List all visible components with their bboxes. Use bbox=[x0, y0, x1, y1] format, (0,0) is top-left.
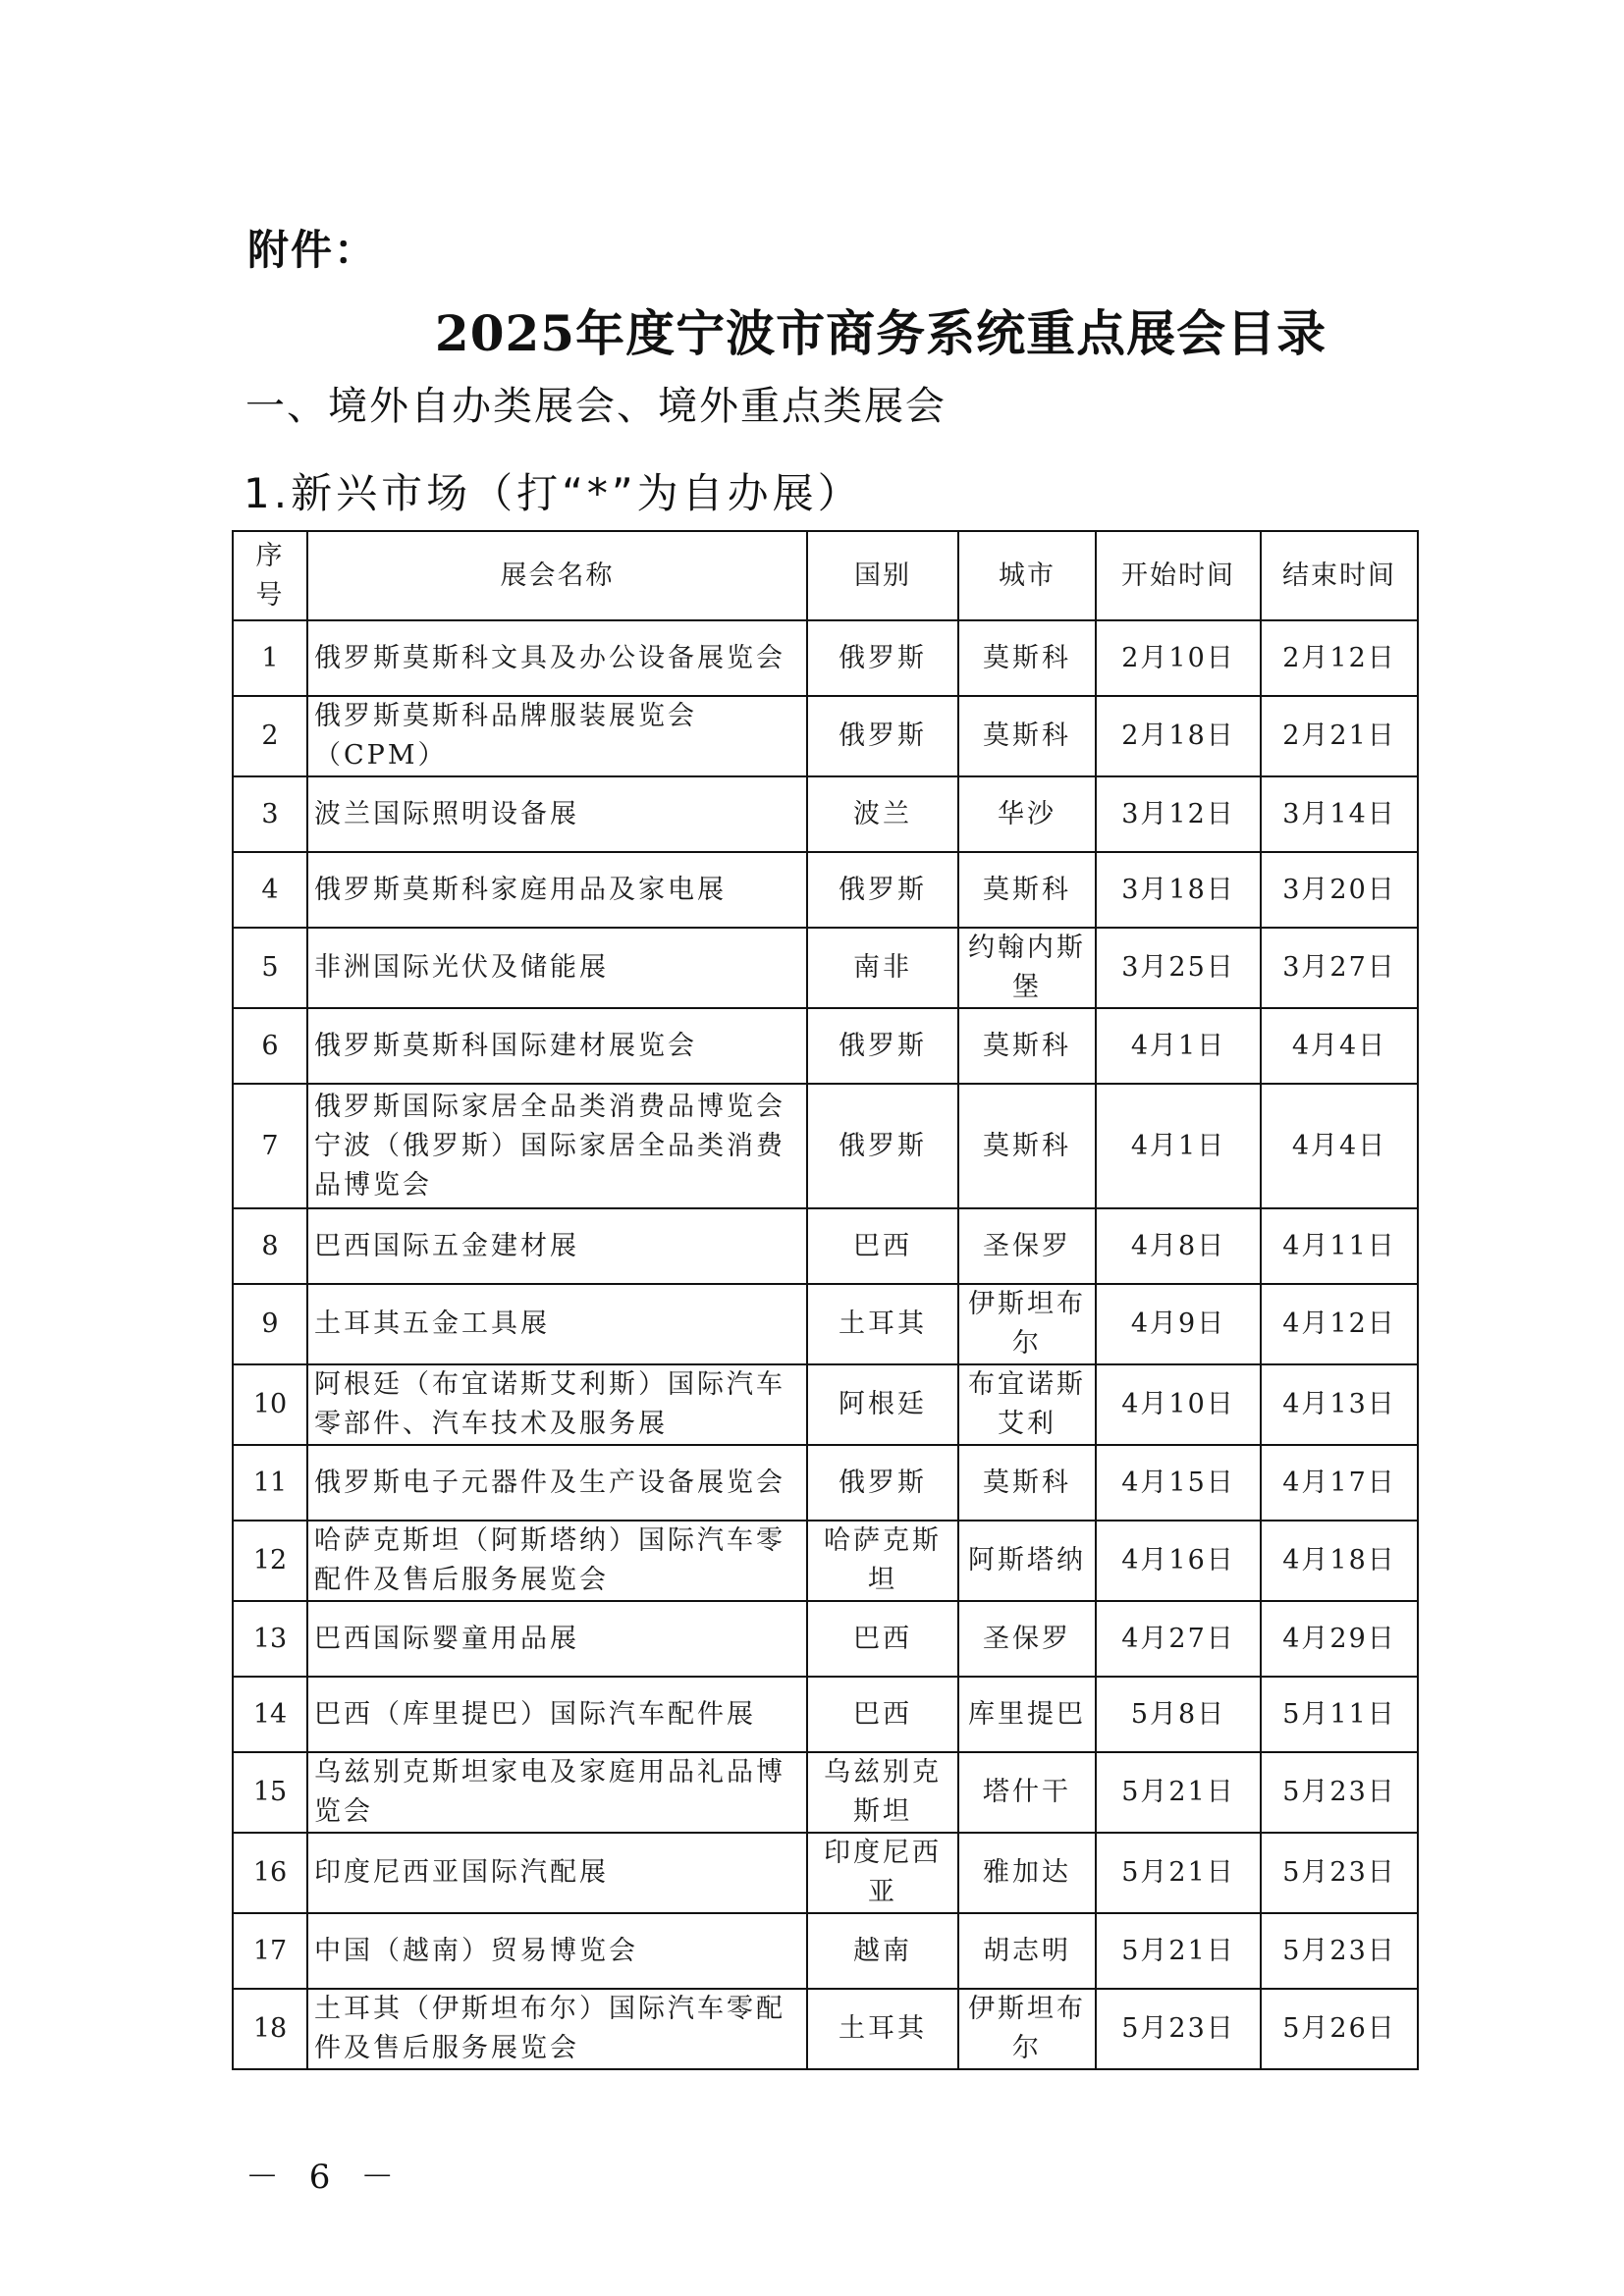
row-name: 非洲国际光伏及储能展 bbox=[307, 928, 807, 1008]
row-start: 3月18日 bbox=[1096, 852, 1261, 928]
row-name: 乌兹别克斯坦家电及家庭用品礼品博览会 bbox=[307, 1752, 807, 1833]
row-name: 哈萨克斯坦（阿斯塔纳）国际汽车零配件及售后服务展览会 bbox=[307, 1521, 807, 1601]
document-title: 2025年度宁波市商务系统重点展会目录 bbox=[0, 294, 1624, 365]
row-start: 4月9日 bbox=[1096, 1284, 1261, 1364]
table-row: 3波兰国际照明设备展波兰华沙3月12日3月14日 bbox=[233, 776, 1418, 852]
table-row: 9土耳其五金工具展土耳其伊斯坦布尔4月9日4月12日 bbox=[233, 1284, 1418, 1364]
row-end: 4月11日 bbox=[1261, 1208, 1418, 1284]
row-start: 3月25日 bbox=[1096, 928, 1261, 1008]
row-end: 3月20日 bbox=[1261, 852, 1418, 928]
row-no: 18 bbox=[233, 1989, 307, 2069]
row-country: 巴西 bbox=[807, 1208, 958, 1284]
row-no: 6 bbox=[233, 1008, 307, 1084]
row-city: 布宜诺斯艾利 bbox=[958, 1364, 1096, 1445]
row-end: 3月27日 bbox=[1261, 928, 1418, 1008]
table-row: 17中国（越南）贸易博览会越南胡志明5月21日5月23日 bbox=[233, 1913, 1418, 1989]
row-city: 塔什干 bbox=[958, 1752, 1096, 1833]
subsection-heading: 1.新兴市场（打“*”为自办展） bbox=[244, 461, 863, 520]
row-start: 4月1日 bbox=[1096, 1084, 1261, 1208]
row-end: 5月11日 bbox=[1261, 1677, 1418, 1752]
row-no: 11 bbox=[233, 1445, 307, 1521]
header-start: 开始时间 bbox=[1096, 531, 1261, 620]
row-country: 俄罗斯 bbox=[807, 1445, 958, 1521]
row-end: 4月4日 bbox=[1261, 1084, 1418, 1208]
row-start: 4月27日 bbox=[1096, 1601, 1261, 1677]
row-no: 1 bbox=[233, 620, 307, 696]
row-name: 印度尼西亚国际汽配展 bbox=[307, 1833, 807, 1913]
row-start: 4月8日 bbox=[1096, 1208, 1261, 1284]
row-city: 莫斯科 bbox=[958, 1008, 1096, 1084]
row-name: 阿根廷（布宜诺斯艾利斯）国际汽车零部件、汽车技术及服务展 bbox=[307, 1364, 807, 1445]
row-no: 9 bbox=[233, 1284, 307, 1364]
row-start: 5月21日 bbox=[1096, 1913, 1261, 1989]
row-end: 5月23日 bbox=[1261, 1752, 1418, 1833]
row-name: 俄罗斯电子元器件及生产设备展览会 bbox=[307, 1445, 807, 1521]
row-city: 华沙 bbox=[958, 776, 1096, 852]
table-row: 11俄罗斯电子元器件及生产设备展览会俄罗斯莫斯科4月15日4月17日 bbox=[233, 1445, 1418, 1521]
row-no: 4 bbox=[233, 852, 307, 928]
row-city: 雅加达 bbox=[958, 1833, 1096, 1913]
row-start: 4月10日 bbox=[1096, 1364, 1261, 1445]
row-country: 乌兹别克斯坦 bbox=[807, 1752, 958, 1833]
row-country: 俄罗斯 bbox=[807, 1008, 958, 1084]
table-row: 10阿根廷（布宜诺斯艾利斯）国际汽车零部件、汽车技术及服务展阿根廷布宜诺斯艾利4… bbox=[233, 1364, 1418, 1445]
row-city: 莫斯科 bbox=[958, 620, 1096, 696]
table-row: 8巴西国际五金建材展巴西圣保罗4月8日4月11日 bbox=[233, 1208, 1418, 1284]
row-name: 俄罗斯莫斯科家庭用品及家电展 bbox=[307, 852, 807, 928]
row-country: 土耳其 bbox=[807, 1989, 958, 2069]
row-start: 2月18日 bbox=[1096, 696, 1261, 776]
row-name: 巴西国际五金建材展 bbox=[307, 1208, 807, 1284]
row-end: 2月21日 bbox=[1261, 696, 1418, 776]
table-row: 18土耳其（伊斯坦布尔）国际汽车零配件及售后服务展览会土耳其伊斯坦布尔5月23日… bbox=[233, 1989, 1418, 2069]
row-country: 俄罗斯 bbox=[807, 1084, 958, 1208]
header-end: 结束时间 bbox=[1261, 531, 1418, 620]
table-row: 14巴西（库里提巴）国际汽车配件展巴西库里提巴5月8日5月11日 bbox=[233, 1677, 1418, 1752]
row-end: 3月14日 bbox=[1261, 776, 1418, 852]
row-city: 伊斯坦布尔 bbox=[958, 1989, 1096, 2069]
row-start: 5月21日 bbox=[1096, 1833, 1261, 1913]
row-end: 4月12日 bbox=[1261, 1284, 1418, 1364]
row-country: 哈萨克斯坦 bbox=[807, 1521, 958, 1601]
row-city: 库里提巴 bbox=[958, 1677, 1096, 1752]
row-end: 2月12日 bbox=[1261, 620, 1418, 696]
row-no: 15 bbox=[233, 1752, 307, 1833]
row-city: 圣保罗 bbox=[958, 1208, 1096, 1284]
row-no: 2 bbox=[233, 696, 307, 776]
row-city: 约翰内斯堡 bbox=[958, 928, 1096, 1008]
page-number: － 6 － bbox=[245, 2150, 404, 2198]
row-no: 5 bbox=[233, 928, 307, 1008]
row-end: 4月29日 bbox=[1261, 1601, 1418, 1677]
row-country: 越南 bbox=[807, 1913, 958, 1989]
header-city: 城市 bbox=[958, 531, 1096, 620]
row-country: 南非 bbox=[807, 928, 958, 1008]
row-country: 俄罗斯 bbox=[807, 852, 958, 928]
row-no: 7 bbox=[233, 1084, 307, 1208]
row-start: 4月1日 bbox=[1096, 1008, 1261, 1084]
row-start: 5月8日 bbox=[1096, 1677, 1261, 1752]
row-country: 巴西 bbox=[807, 1601, 958, 1677]
row-city: 伊斯坦布尔 bbox=[958, 1284, 1096, 1364]
table-row: 16印度尼西亚国际汽配展印度尼西亚雅加达5月21日5月23日 bbox=[233, 1833, 1418, 1913]
table-row: 15乌兹别克斯坦家电及家庭用品礼品博览会乌兹别克斯坦塔什干5月21日5月23日 bbox=[233, 1752, 1418, 1833]
header-no: 序号 bbox=[233, 531, 307, 620]
row-name: 俄罗斯莫斯科国际建材展览会 bbox=[307, 1008, 807, 1084]
row-no: 14 bbox=[233, 1677, 307, 1752]
row-name: 俄罗斯莫斯科文具及办公设备展览会 bbox=[307, 620, 807, 696]
row-city: 胡志明 bbox=[958, 1913, 1096, 1989]
table-row: 1俄罗斯莫斯科文具及办公设备展览会俄罗斯莫斯科2月10日2月12日 bbox=[233, 620, 1418, 696]
row-city: 莫斯科 bbox=[958, 696, 1096, 776]
row-start: 5月21日 bbox=[1096, 1752, 1261, 1833]
row-end: 5月23日 bbox=[1261, 1913, 1418, 1989]
row-start: 4月15日 bbox=[1096, 1445, 1261, 1521]
row-no: 3 bbox=[233, 776, 307, 852]
row-country: 印度尼西亚 bbox=[807, 1833, 958, 1913]
row-no: 8 bbox=[233, 1208, 307, 1284]
exhibition-table: 序号 展会名称 国别 城市 开始时间 结束时间 1俄罗斯莫斯科文具及办公设备展览… bbox=[232, 530, 1419, 2070]
row-start: 3月12日 bbox=[1096, 776, 1261, 852]
row-city: 莫斯科 bbox=[958, 1084, 1096, 1208]
row-country: 巴西 bbox=[807, 1677, 958, 1752]
header-country: 国别 bbox=[807, 531, 958, 620]
row-city: 莫斯科 bbox=[958, 1445, 1096, 1521]
row-start: 2月10日 bbox=[1096, 620, 1261, 696]
table-row: 5非洲国际光伏及储能展南非约翰内斯堡3月25日3月27日 bbox=[233, 928, 1418, 1008]
row-name: 土耳其（伊斯坦布尔）国际汽车零配件及售后服务展览会 bbox=[307, 1989, 807, 2069]
table-row: 4俄罗斯莫斯科家庭用品及家电展俄罗斯莫斯科3月18日3月20日 bbox=[233, 852, 1418, 928]
table-row: 6俄罗斯莫斯科国际建材展览会俄罗斯莫斯科4月1日4月4日 bbox=[233, 1008, 1418, 1084]
table-row: 7俄罗斯国际家居全品类消费品博览会宁波（俄罗斯）国际家居全品类消费品博览会俄罗斯… bbox=[233, 1084, 1418, 1208]
row-end: 5月23日 bbox=[1261, 1833, 1418, 1913]
table-header-row: 序号 展会名称 国别 城市 开始时间 结束时间 bbox=[233, 531, 1418, 620]
row-no: 13 bbox=[233, 1601, 307, 1677]
row-city: 圣保罗 bbox=[958, 1601, 1096, 1677]
row-country: 俄罗斯 bbox=[807, 620, 958, 696]
row-end: 4月4日 bbox=[1261, 1008, 1418, 1084]
row-country: 俄罗斯 bbox=[807, 696, 958, 776]
row-country: 土耳其 bbox=[807, 1284, 958, 1364]
row-name: 巴西国际婴童用品展 bbox=[307, 1601, 807, 1677]
row-name: 巴西（库里提巴）国际汽车配件展 bbox=[307, 1677, 807, 1752]
header-name: 展会名称 bbox=[307, 531, 807, 620]
row-start: 5月23日 bbox=[1096, 1989, 1261, 2069]
table-body: 1俄罗斯莫斯科文具及办公设备展览会俄罗斯莫斯科2月10日2月12日2俄罗斯莫斯科… bbox=[233, 620, 1418, 2069]
row-name: 波兰国际照明设备展 bbox=[307, 776, 807, 852]
row-end: 4月18日 bbox=[1261, 1521, 1418, 1601]
row-city: 莫斯科 bbox=[958, 852, 1096, 928]
row-name: 俄罗斯国际家居全品类消费品博览会宁波（俄罗斯）国际家居全品类消费品博览会 bbox=[307, 1084, 807, 1208]
header-no-label: 序号 bbox=[255, 537, 285, 615]
attachment-label: 附件： bbox=[247, 218, 377, 277]
row-name: 俄罗斯莫斯科品牌服装展览会（CPM） bbox=[307, 696, 807, 776]
row-end: 4月13日 bbox=[1261, 1364, 1418, 1445]
row-country: 波兰 bbox=[807, 776, 958, 852]
row-end: 4月17日 bbox=[1261, 1445, 1418, 1521]
table-row: 12哈萨克斯坦（阿斯塔纳）国际汽车零配件及售后服务展览会哈萨克斯坦阿斯塔纳4月1… bbox=[233, 1521, 1418, 1601]
row-no: 10 bbox=[233, 1364, 307, 1445]
section-heading: 一、境外自办类展会、境外重点类展会 bbox=[245, 375, 947, 431]
row-name: 土耳其五金工具展 bbox=[307, 1284, 807, 1364]
row-start: 4月16日 bbox=[1096, 1521, 1261, 1601]
row-end: 5月26日 bbox=[1261, 1989, 1418, 2069]
row-city: 阿斯塔纳 bbox=[958, 1521, 1096, 1601]
row-no: 12 bbox=[233, 1521, 307, 1601]
table-row: 2俄罗斯莫斯科品牌服装展览会（CPM）俄罗斯莫斯科2月18日2月21日 bbox=[233, 696, 1418, 776]
row-no: 16 bbox=[233, 1833, 307, 1913]
row-country: 阿根廷 bbox=[807, 1364, 958, 1445]
row-no: 17 bbox=[233, 1913, 307, 1989]
table-row: 13巴西国际婴童用品展巴西圣保罗4月27日4月29日 bbox=[233, 1601, 1418, 1677]
row-name: 中国（越南）贸易博览会 bbox=[307, 1913, 807, 1989]
